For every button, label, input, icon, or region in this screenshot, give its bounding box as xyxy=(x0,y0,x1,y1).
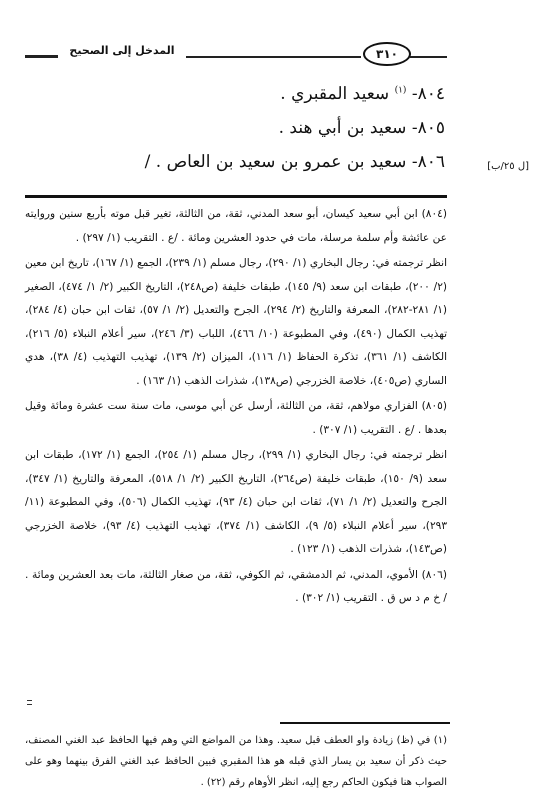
entry-805: ٨٠٥- سعيد بن أبي هند . xyxy=(279,118,445,138)
book-title: المدخل إلى الصحيح xyxy=(62,44,182,57)
footnote-rule xyxy=(280,722,450,724)
footnote-1: (١) في (ظ) زيادة واو العطف قبل سعيد. وهذ… xyxy=(25,730,447,793)
page-number: ٣١٠ xyxy=(363,42,411,66)
notes-separator-rule xyxy=(25,195,447,198)
note-804-sources: انظر ترجمته في: رجال البخاري (١/ ٢٩٠)، ر… xyxy=(25,252,447,393)
entry-text: سعيد بن أبي هند . xyxy=(279,118,407,138)
biographical-notes: (٨٠٤) ابن أبي سعيد كيسان، أبو سعد المدني… xyxy=(25,203,447,613)
header-rule-right xyxy=(410,56,447,58)
entry-number: ٨٠٥- xyxy=(412,118,445,138)
note-804-bio: (٨٠٤) ابن أبي سعيد كيسان، أبو سعد المدني… xyxy=(25,203,447,250)
header-rule-left xyxy=(25,55,58,58)
header-rule-middle xyxy=(186,56,361,58)
footnote-ref[interactable]: (١) xyxy=(395,85,407,95)
entry-number: ٨٠٦- xyxy=(412,152,445,172)
note-805-bio: (٨٠٥) الفزاري مولاهم، ثقة، من الثالثة، أ… xyxy=(25,395,447,442)
note-806-bio: (٨٠٦) الأموي، المدني، ثم الدمشقي، ثم الك… xyxy=(25,564,447,611)
entry-text: سعيد المقبري . xyxy=(280,84,389,104)
manuscript-margin-reference: [ل ٢٥/ب] xyxy=(487,161,529,172)
note-805-sources: انظر ترجمته في: رجال البخاري (١/ ٢٩٩)، ر… xyxy=(25,444,447,562)
entry-number: ٨٠٤- xyxy=(412,84,445,104)
continuation-marker xyxy=(27,700,32,705)
entry-804: ٨٠٤- (١) سعيد المقبري . xyxy=(280,84,445,104)
entry-text: سعيد بن عمرو بن سعيد بن العاص . / xyxy=(145,152,407,172)
entry-806: ٨٠٦- سعيد بن عمرو بن سعيد بن العاص . / xyxy=(145,152,445,172)
footnote: (١) في (ظ) زيادة واو العطف قبل سعيد. وهذ… xyxy=(25,730,447,793)
